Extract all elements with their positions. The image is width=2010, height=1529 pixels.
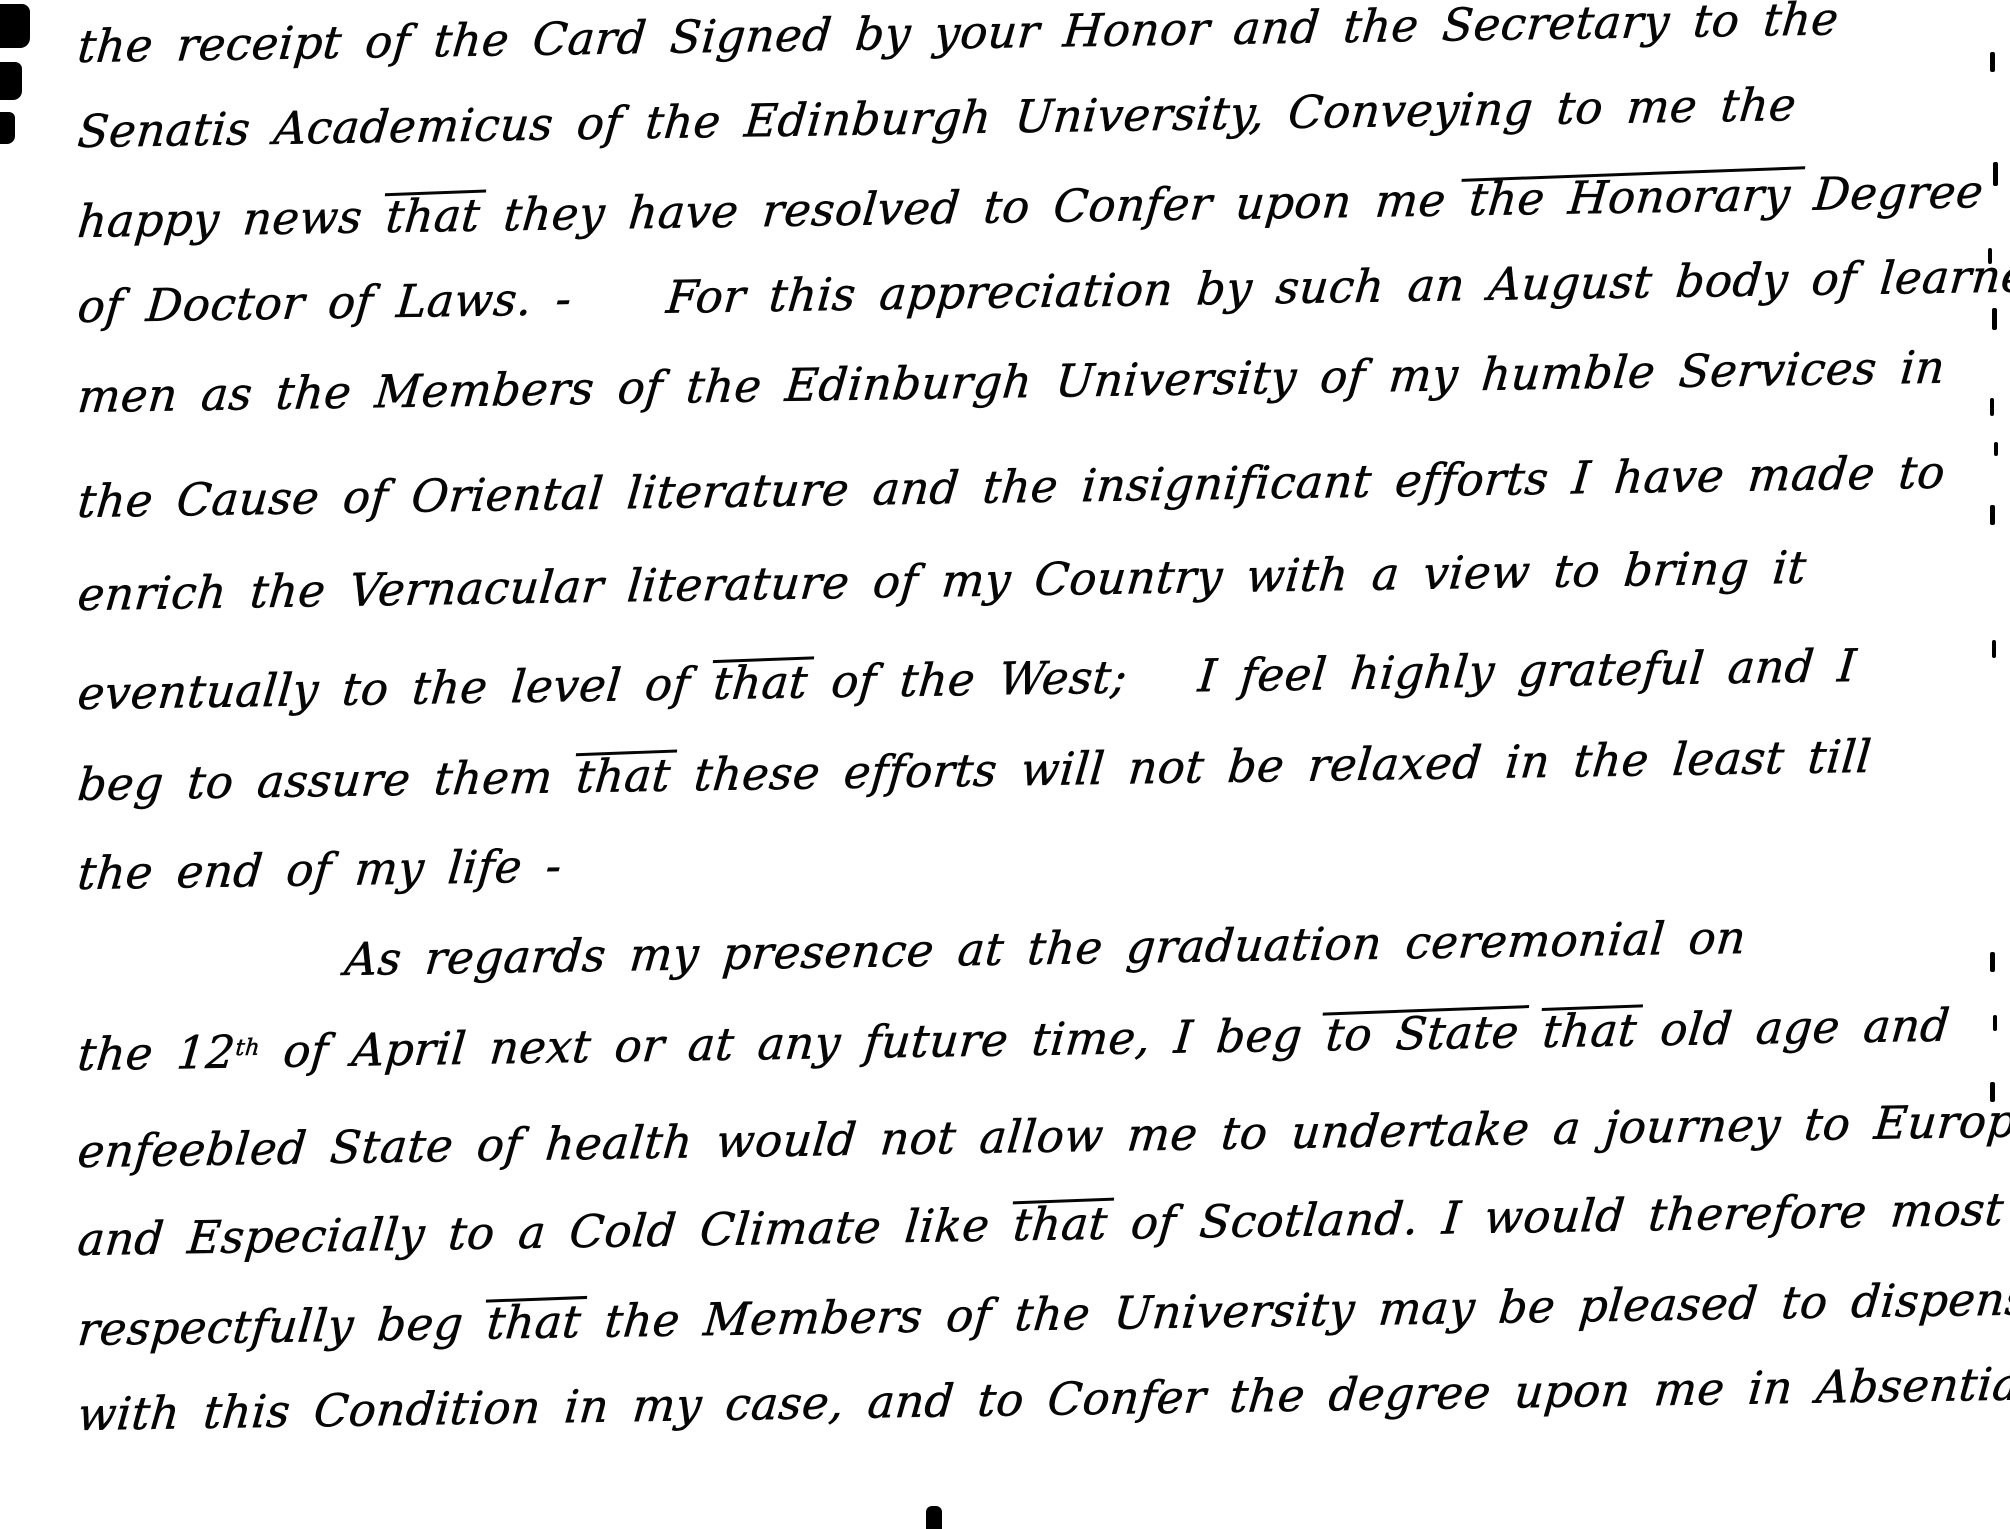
overlined-word: that xyxy=(574,749,673,804)
overlined-word: to State xyxy=(1324,1005,1522,1061)
handwritten-line-4: of Doctor of Laws. - For this appreciati… xyxy=(76,249,2010,333)
text-segment: Degree xyxy=(1788,165,1986,221)
text-segment: they have resolved to Confer upon me xyxy=(478,173,1472,242)
handwritten-line-5: men as the Members of the Edinburgh Univ… xyxy=(76,341,1948,423)
text-segment: men as the Members of the Edinburgh Univ… xyxy=(76,341,1948,423)
text-segment: enfeebled State of health would not allo… xyxy=(76,1094,2010,1178)
handwritten-line-6: the Cause of Oriental literature and the… xyxy=(76,446,1948,528)
handwritten-line-16: with this Condition in my case, and to C… xyxy=(76,1357,2010,1441)
text-segment: of Scotland. I would therefore most xyxy=(1105,1183,2006,1250)
handwritten-line-9: beg to assure them that these efforts wi… xyxy=(76,730,1874,811)
overlined-word: that xyxy=(485,1295,584,1350)
handwritten-line-3: happy news that they have resolved to Co… xyxy=(76,165,1986,248)
text-segment: respectfully beg xyxy=(76,1297,490,1357)
handwritten-line-2: Senatis Academicus of the Edinburgh Univ… xyxy=(76,78,1799,158)
text-segment: of Doctor of Laws. - For this appreciati… xyxy=(76,249,2010,333)
handwritten-line-8: eventually to the level of that of the W… xyxy=(76,639,1859,720)
handwritten-line-1: the receipt of the Card Signed by your H… xyxy=(76,0,1841,73)
text-segment: and Especially to a Cold Climate like xyxy=(76,1198,1016,1266)
text-segment: Senatis Academicus of the Edinburgh Univ… xyxy=(76,78,1799,158)
overlined-word: that xyxy=(1540,1003,1639,1058)
handwritten-line-13: enfeebled State of health would not allo… xyxy=(76,1094,2010,1178)
text-segment: with this Condition in my case, and to C… xyxy=(76,1357,2010,1441)
text-segment: beg to assure them xyxy=(76,750,579,811)
text-segment: eventually to the level of xyxy=(76,657,717,720)
text-segment: the 12 xyxy=(76,1025,238,1081)
text-segment: enrich the Vernacular literature of my C… xyxy=(76,541,1809,621)
text-segment: the Members of the University may be ple… xyxy=(579,1272,2010,1348)
handwritten-line-15: respectfully beg that the Members of the… xyxy=(76,1272,2010,1356)
handwritten-line-12: the 12th of April next or at any future … xyxy=(76,999,1953,1081)
text-segment: old age and xyxy=(1634,999,1952,1057)
handwritten-line-14: and Especially to a Cold Climate like th… xyxy=(76,1183,2006,1266)
overlined-word: the Honorary xyxy=(1467,168,1792,226)
text-segment: happy news xyxy=(76,190,389,248)
text-segment: of April next or at any future time, I b… xyxy=(257,1008,1328,1078)
text-segment: th xyxy=(234,1035,261,1061)
text-segment: As regards my presence at the graduation… xyxy=(343,911,1749,986)
handwritten-line-7: enrich the Vernacular literature of my C… xyxy=(76,541,1809,621)
text-segment: these efforts will not be relaxed in the… xyxy=(668,730,1874,802)
overlined-word: that xyxy=(1011,1197,1110,1252)
overlined-word: that xyxy=(384,189,483,244)
letter-body: the receipt of the Card Signed by your H… xyxy=(0,0,2010,1529)
handwritten-line-11: As regards my presence at the graduation… xyxy=(343,911,1749,986)
text-segment: the Cause of Oriental literature and the… xyxy=(76,446,1948,528)
text-segment: the end of my life - xyxy=(76,839,564,900)
text-segment: the receipt of the Card Signed by your H… xyxy=(76,0,1841,73)
overlined-word: that xyxy=(711,655,810,710)
text-segment: of the West; I feel highly grateful and … xyxy=(805,639,1858,709)
handwritten-line-10: the end of my life - xyxy=(76,839,564,900)
manuscript-page: the receipt of the Card Signed by your H… xyxy=(0,0,2010,1529)
